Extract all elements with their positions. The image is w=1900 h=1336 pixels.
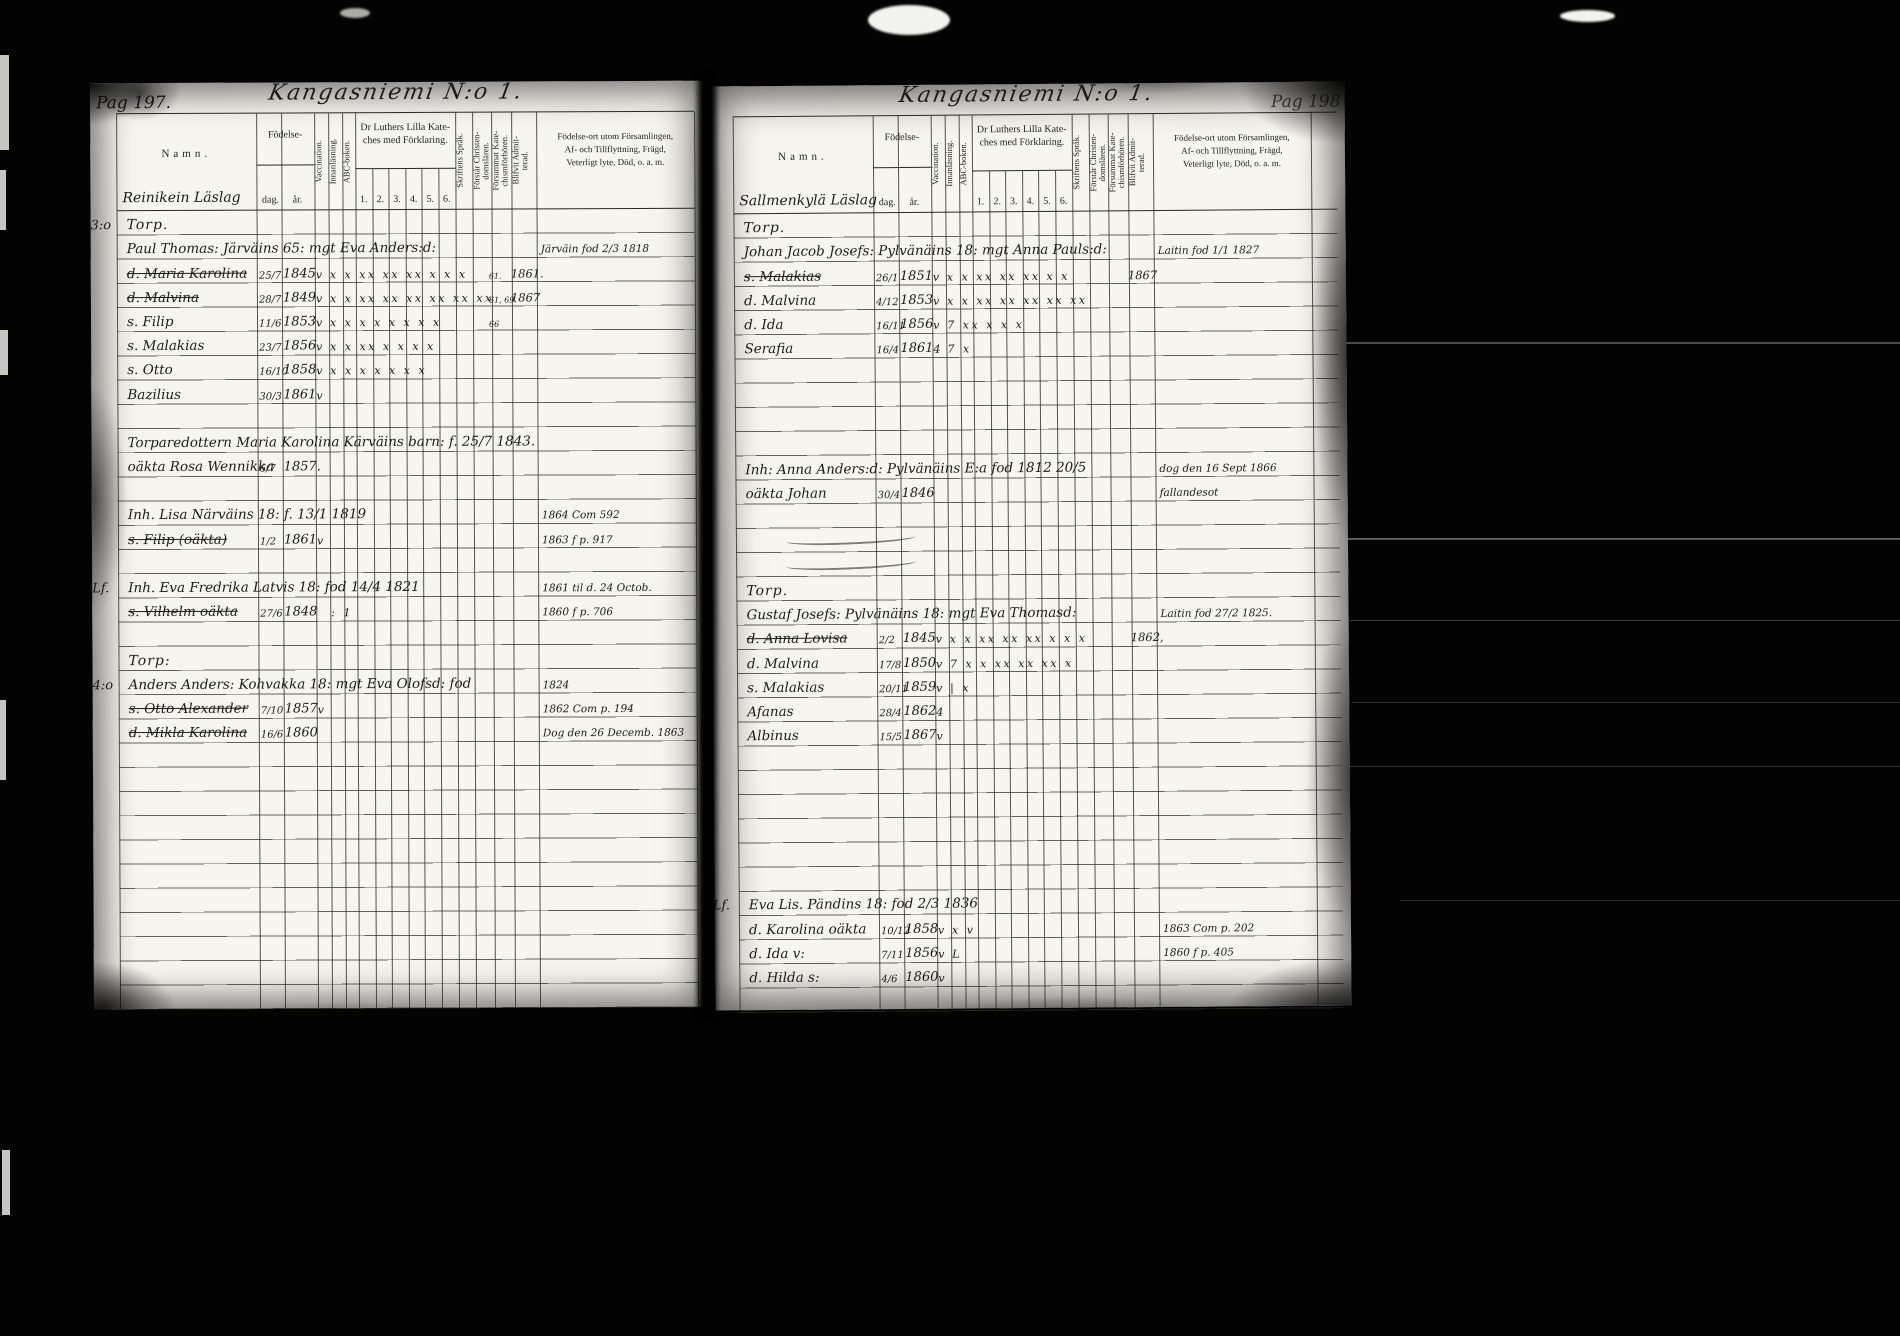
birth-year: 1858 — [905, 921, 938, 936]
remarks-note: Järväin fod 2/3 1818 — [541, 243, 649, 255]
person-name: Anders Anders: Kohvakka 18: mgt Eva Olof… — [129, 675, 472, 692]
table-rows: Torp. Johan Jacob Josefs: Pylvänäins 18:… — [733, 210, 1343, 1014]
left-page: Pag 197. Kangasniemi N:o 1. Namn. Reinik… — [90, 81, 706, 1010]
book-binding — [694, 70, 720, 1020]
catechism-marks: 7 xx x x x — [947, 318, 1024, 332]
scan-artifact — [2, 1150, 10, 1215]
header-script-language: Skriftens Språk. — [1072, 115, 1090, 211]
birth-year: 1860 — [285, 725, 318, 740]
register-table: Namn. Reinikein Läslag Födelse- dag. år.… — [116, 111, 698, 1010]
table-row — [120, 983, 698, 1010]
birth-year: 1848 — [284, 605, 317, 620]
page-title: Kangasniemi N:o 1. — [706, 79, 1346, 109]
birth-day: 28/4 — [879, 708, 902, 719]
birth-day: 7/11 — [881, 950, 904, 961]
table-row — [119, 741, 697, 768]
vaccination-mark: v — [318, 703, 324, 716]
vaccination-mark: v — [936, 730, 942, 743]
person-name: d. Anna Lovisa — [747, 631, 848, 648]
person-name: d. Hilda s: — [749, 970, 819, 987]
birth-year: 1845 — [903, 631, 936, 646]
examination-note: 61. — [489, 271, 502, 280]
birth-year: 1867 — [903, 728, 936, 743]
column-headers: Namn. Sallmenkylä Läslag Födelse- dag. å… — [733, 113, 1338, 215]
reading-district: Reinikein Läslag — [122, 190, 240, 207]
person-name: oäkta Johan — [746, 486, 827, 503]
birth-day: 7/10 — [261, 705, 284, 716]
left-page-header: Pag 197. Kangasniemi N:o 1. — [90, 81, 702, 114]
person-name: Albinus — [747, 728, 798, 744]
admitted-year: 1862, — [1131, 630, 1164, 644]
birth-day: 1/2 — [260, 536, 276, 547]
vaccination-mark: v — [316, 365, 322, 378]
header-birth: Födelse- dag. år. — [256, 113, 314, 209]
person-name: s. Filip — [127, 314, 174, 330]
person-name: s. Malakias — [744, 268, 821, 285]
table-row: d. Maria Karolina 25/7 1845 v x x xx xx … — [117, 257, 695, 284]
birth-day: 28/7 — [259, 294, 282, 305]
remarks-note: 1863 f p. 917 — [542, 534, 613, 546]
birth-year: 1856 — [905, 946, 938, 961]
header-missed: Försummat Kate- chismförhören. — [491, 113, 511, 209]
scan-artifact — [1350, 620, 1900, 621]
catechism-marks: x x xx xx xx x x x — [330, 267, 468, 281]
table-row: 3:o Torp. — [117, 209, 695, 236]
catechism-marks: | x — [950, 681, 971, 694]
birth-year: 1859 — [903, 679, 936, 694]
table-row: s. Malakias 23/7 1856 v x x xx x x x x — [117, 330, 695, 357]
birth-day: 17/8 — [879, 660, 902, 671]
person-name: s. Otto — [127, 362, 173, 378]
remarks-note: dog den 16 Sept 1866 — [1159, 462, 1276, 475]
remarks-note: Laitin fod 1/1 1827 — [1158, 245, 1260, 258]
header-catechism: Dr Luthers Lilla Kate- ches med Förklari… — [355, 113, 455, 209]
header-admitted: Blifvit Admit- terad. — [1128, 114, 1154, 210]
scan-artifact — [868, 5, 950, 35]
catechism-marks: x x xx x x x x — [330, 340, 436, 353]
scan-artifact — [1560, 10, 1615, 22]
scan-artifact — [340, 8, 370, 18]
header-admitted: Blifvit Admit- terad. — [511, 112, 536, 208]
birth-year: 1856 — [900, 317, 933, 332]
remarks-note: Dog den 26 Decemb. 1863 — [543, 727, 684, 740]
table-row — [118, 547, 696, 574]
vaccination-mark: v — [316, 268, 322, 281]
table-row — [118, 620, 696, 647]
scan-artifact — [1352, 702, 1900, 703]
person-name: s. Malakias — [127, 338, 204, 354]
vaccination-mark: v — [933, 294, 939, 307]
birth-year: 1851 — [900, 268, 933, 283]
scan-artifact — [0, 330, 8, 375]
vaccination-mark: v — [938, 972, 944, 985]
birth-day: 30/3 — [259, 391, 282, 402]
margin-note: Lf. — [92, 581, 116, 596]
birth-year: 1861 — [283, 387, 316, 402]
birth-day: 30/4 — [878, 490, 901, 501]
header-remarks: Födelse-ort utom Församlingen, Af- och T… — [1153, 113, 1312, 210]
scan-artifact — [1345, 766, 1900, 767]
header-understands: Förstår Christen- domslären. — [1089, 114, 1109, 210]
birth-year: 1845 — [283, 266, 316, 281]
remarks-note: 1861 til d. 24 Octob. — [542, 582, 652, 594]
vaccination-mark: v — [933, 319, 939, 332]
table-row: d. Mikla Karolina 16/6 1860 Dog den 26 D… — [119, 717, 697, 744]
right-page-header: Pag 198 Kangasniemi N:o 1. — [708, 82, 1344, 117]
margin-note: 4:o — [93, 678, 117, 693]
table-row: s. Vilhelm oäkta 27/6 1848 : 1 1860 f p.… — [118, 596, 696, 623]
remarks-note: 1860 f p. 405 — [1163, 946, 1234, 959]
person-name: d. Malvina — [747, 655, 819, 672]
catechism-marks: : 1 — [331, 606, 353, 619]
birth-day: 16/6 — [261, 730, 284, 741]
person-name: Torparedottern Maria Karolina Kärväins b… — [128, 433, 536, 451]
vaccination-mark: v — [936, 681, 942, 694]
person-name: Eva Lis. Pändins 18: fod 2/3 1836 — [749, 896, 978, 914]
remarks-note: 1864 Com 592 — [542, 509, 620, 521]
birth-day: 27/6 — [260, 609, 283, 620]
person-name: d. Malvina — [744, 292, 816, 309]
admitted-year: 1867 — [1128, 268, 1157, 282]
admitted-year: 1867 — [511, 290, 540, 304]
person-name: d. Maria Karolina — [127, 265, 247, 282]
table-row: Inh. Lisa Närväins 18: f. 13/1 1819 1864… — [118, 499, 696, 526]
header-remarks: Födelse-ort utom Församlingen, Af- och T… — [536, 112, 694, 209]
birth-day: 6/7 — [260, 464, 276, 475]
person-name: oäkta Rosa Wennikka — [128, 459, 275, 476]
header-abc: ABC-boken. — [342, 113, 355, 209]
table-row: 4:o Anders Anders: Kohvakka 18: mgt Eva … — [119, 668, 697, 695]
person-name: d. Mikla Karolina — [129, 725, 247, 742]
reading-district: Sallmenkylä Läslag — [739, 192, 877, 209]
birth-year: 1853 — [900, 293, 933, 308]
person-name: d. Malvina — [127, 290, 199, 306]
vaccination-mark: v — [316, 340, 322, 353]
person-name: Torp. — [127, 217, 169, 233]
birth-year: 1850 — [903, 655, 936, 670]
scanned-parish-register: Pag 197. Kangasniemi N:o 1. Namn. Reinik… — [0, 0, 1900, 1336]
table-rows: 3:o Torp. Paul Thomas: Järväins 65: mgt … — [117, 209, 698, 1011]
person-name: d. Ida — [744, 317, 783, 333]
birth-year: 1858 — [283, 363, 316, 378]
scan-artifact — [1340, 342, 1900, 344]
vaccination-mark: v — [938, 947, 944, 960]
scan-artifact — [0, 170, 6, 230]
catechism-marks: x x xx xx xx xx xx xx — [330, 291, 494, 305]
birth-year: 1857 — [285, 701, 318, 716]
header-script-language: Skriftens Språk. — [455, 113, 472, 209]
person-name: Paul Thomas: Järväins 65: mgt Eva Anders… — [127, 240, 436, 257]
birth-year: 1861 — [900, 341, 933, 356]
person-name: d. Karolina oäkta — [749, 921, 867, 938]
scan-artifact — [1400, 900, 1900, 901]
person-name: Johan Jacob Josefs: Pylvänäins 18: mgt A… — [744, 242, 1107, 261]
table-row: s. Otto Alexander 7/10 1857 v 1862 Com p… — [119, 692, 697, 719]
column-headers: Namn. Reinikein Läslag Födelse- dag. år.… — [116, 112, 694, 212]
header-namn: Namn. Reinikein Läslag — [116, 114, 256, 211]
table-row — [117, 402, 695, 429]
remarks-note: 1862 Com p. 194 — [543, 703, 634, 715]
person-name: Bazilius — [127, 386, 181, 402]
table-row: Torp: — [118, 644, 696, 671]
table-row — [119, 886, 697, 913]
scan-artifact — [0, 55, 9, 150]
person-name: Torp. — [746, 583, 788, 599]
birth-day: 4/6 — [881, 974, 897, 985]
vaccination-mark: v — [938, 923, 944, 936]
remarks-note: Laitin fod 27/2 1825. — [1160, 607, 1272, 620]
person-name: Inh. Eva Fredrika Latvis 18: fod 14/4 18… — [128, 579, 420, 596]
admitted-year: 1861. — [511, 266, 544, 280]
catechism-marks: x v — [952, 923, 976, 936]
vaccination-mark: v — [316, 292, 322, 305]
catechism-marks: 7 x x xx xx xx x — [950, 656, 1074, 670]
margin-note: 3:o — [91, 218, 115, 233]
vaccination-mark: v — [316, 316, 322, 329]
birth-year: 1853 — [283, 314, 316, 329]
table-row: Bazilius 30/3 1861 v — [117, 378, 695, 405]
birth-year: 1860 — [905, 970, 938, 985]
person-name: Inh. Lisa Närväins 18: f. 13/1 1819 — [128, 507, 366, 524]
remarks-note: fallandesot — [1160, 487, 1219, 499]
catechism-marks: L — [952, 947, 962, 960]
header-understands: Förstår Christen- domslären. — [472, 113, 491, 209]
birth-day: 23/7 — [259, 343, 282, 354]
vaccination-mark: v — [933, 270, 939, 283]
catechism-marks: 7 x — [947, 343, 971, 356]
scan-artifact — [0, 700, 6, 780]
person-name: s. Malakias — [747, 679, 824, 696]
remarks-note: 1824 — [543, 679, 570, 691]
birth-year: 1857. — [284, 459, 321, 474]
vaccination-mark: 4 — [936, 706, 943, 719]
table-row: Lf. Inh. Eva Fredrika Latvis 18: fod 14/… — [118, 572, 696, 599]
birth-year: 1846 — [902, 486, 935, 501]
remarks-note: 1863 Com p. 202 — [1163, 922, 1254, 935]
vaccination-mark: 4 — [933, 343, 940, 356]
person-name: s. Vilhelm oäkta — [128, 604, 238, 620]
table-row: d. Malvina 28/7 1849 v x x xx xx xx xx x… — [117, 281, 695, 308]
table-row — [120, 959, 698, 986]
catechism-marks: x x x x x x x x — [330, 316, 442, 329]
birth-year: 1849 — [283, 290, 316, 305]
person-name: s. Filip (oäkta) — [128, 531, 227, 547]
person-name: Inh: Anna Anders:d: Pylvänäins E:a fod 1… — [745, 460, 1086, 479]
right-page: Pag 198 Kangasniemi N:o 1. Namn. Sallmen… — [708, 82, 1351, 1011]
birth-day: 16/4 — [876, 345, 899, 356]
scan-artifact — [1325, 538, 1900, 540]
person-name: Serafia — [744, 341, 793, 357]
header-abc: ABC-boken. — [959, 115, 973, 211]
table-row — [119, 789, 697, 816]
header-catechism: Dr Luthers Lilla Kate- ches med Förklari… — [972, 115, 1073, 212]
table-row — [119, 765, 697, 792]
table-row: oäkta Rosa Wennikka 6/7 1857. — [118, 451, 696, 478]
remarks-note: 1860 f p. 706 — [542, 606, 613, 618]
table-row — [119, 813, 697, 840]
person-name: Torp. — [743, 220, 785, 236]
header-namn: Namn. Sallmenkylä Läslag — [733, 116, 874, 213]
page-title: Kangasniemi N:o 1. — [88, 79, 704, 107]
register-table: Namn. Sallmenkylä Läslag Födelse- dag. å… — [733, 112, 1344, 1011]
catechism-marks: x x xx xx xx x x x — [950, 632, 1088, 646]
table-row: s. Filip (oäkta) 1/2 1861 v 1863 f p. 91… — [118, 523, 696, 550]
birth-year: 1861 — [284, 532, 317, 547]
catechism-marks: x x xx xx xx xx xx — [947, 293, 1088, 307]
vaccination-mark: v — [936, 633, 942, 646]
table-row — [119, 862, 697, 889]
birth-day: 25/7 — [259, 270, 282, 281]
table-row: s. Filip 11/6 1853 v x x x x x x x x 66 — [117, 305, 695, 332]
header-birth: Födelse- dag. år. — [873, 116, 932, 212]
person-name: s. Otto Alexander — [129, 701, 248, 718]
person-name: Torp: — [128, 653, 170, 669]
birth-year: 1856 — [283, 338, 316, 353]
vaccination-mark: v — [317, 534, 323, 547]
table-row: Torparedottern Maria Karolina Kärväins b… — [117, 426, 695, 453]
header-missed: Försummat Kate- chismförhören. — [1108, 114, 1129, 210]
vaccination-mark: v — [316, 389, 322, 402]
vaccination-mark: v — [936, 657, 942, 670]
table-row — [120, 934, 698, 961]
table-row — [118, 475, 696, 502]
table-row: s. Otto 16/10 1858 v x x x x x x x — [117, 354, 695, 381]
person-name: d. Ida v: — [749, 946, 805, 962]
person-name: Afanas — [747, 704, 793, 720]
catechism-marks: x x x x x x x — [330, 364, 427, 377]
table-row: Paul Thomas: Järväins 65: mgt Eva Anders… — [117, 233, 695, 260]
examination-note: 66 — [489, 319, 499, 328]
birth-day: 11/6 — [259, 318, 282, 329]
catechism-marks: x x xx xx xx x x — [947, 269, 1070, 283]
birth-day: 26/1 — [876, 273, 899, 284]
table-row — [119, 838, 697, 865]
birth-day: 2/2 — [879, 635, 895, 646]
birth-year: 1862 — [903, 704, 936, 719]
person-name: Gustaf Josefs: Pylvänäins 18: mgt Eva Th… — [746, 605, 1076, 624]
table-row — [739, 984, 1343, 1013]
birth-day: 4/12 — [876, 297, 899, 308]
table-row — [120, 910, 698, 937]
birth-day: 15/5 — [879, 732, 902, 743]
